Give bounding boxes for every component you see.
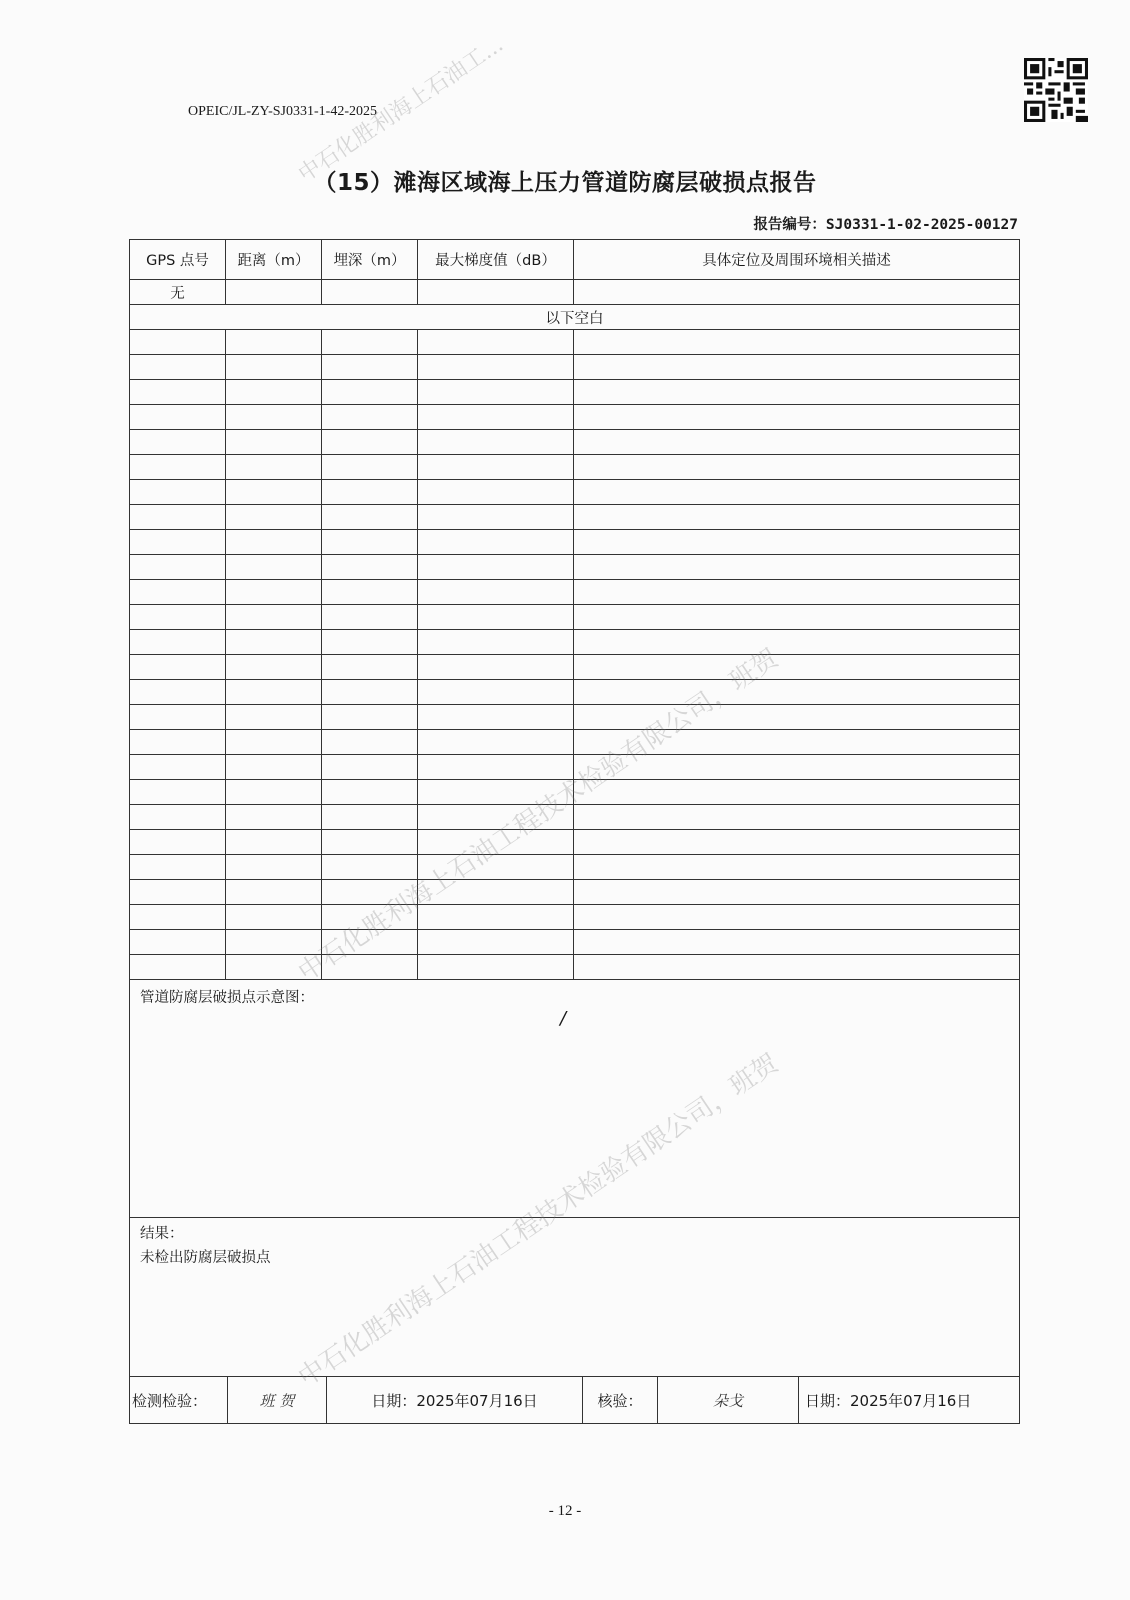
- result-label: 结果：: [140, 1222, 1009, 1246]
- empty-cell: [418, 630, 574, 655]
- empty-table-row: [130, 430, 1020, 455]
- empty-cell: [574, 830, 1020, 855]
- empty-cell: [322, 530, 418, 555]
- empty-cell: [418, 405, 574, 430]
- empty-cell: [226, 805, 322, 830]
- empty-cell: [418, 355, 574, 380]
- empty-table-row: [130, 380, 1020, 405]
- empty-cell: [130, 780, 226, 805]
- empty-cell: [574, 855, 1020, 880]
- empty-cell: [418, 480, 574, 505]
- empty-cell: [418, 530, 574, 555]
- column-header-max-gradient: 最大梯度值（dB）: [418, 240, 574, 280]
- empty-table-row: [130, 830, 1020, 855]
- empty-cell: [418, 755, 574, 780]
- empty-cell: [130, 530, 226, 555]
- empty-cell: [130, 805, 226, 830]
- empty-table-row: [130, 580, 1020, 605]
- empty-table-row: [130, 530, 1020, 555]
- empty-cell: [418, 680, 574, 705]
- column-header-depth: 埋深（m）: [322, 240, 418, 280]
- signoff-table: 检测检验： 班 贺 日期：2025年07月16日 核验： 朵戈 日期：2025年…: [130, 1377, 1019, 1423]
- empty-table-row: [130, 330, 1020, 355]
- empty-cell: [574, 780, 1020, 805]
- empty-cell: [322, 680, 418, 705]
- report-number: 报告编号：SJ0331-1-02-2025-00127: [753, 213, 1018, 234]
- empty-cell: [418, 855, 574, 880]
- empty-cell: [574, 655, 1020, 680]
- empty-cell: [322, 330, 418, 355]
- empty-cell: [322, 630, 418, 655]
- empty-cell: [226, 780, 322, 805]
- empty-cell: [130, 505, 226, 530]
- empty-cell: [130, 430, 226, 455]
- empty-cell: [418, 955, 574, 980]
- empty-cell: [226, 730, 322, 755]
- empty-table-row: [130, 880, 1020, 905]
- empty-cell: [418, 780, 574, 805]
- empty-table-row: [130, 505, 1020, 530]
- empty-table-row: [130, 680, 1020, 705]
- empty-table-row: [130, 630, 1020, 655]
- empty-cell: [418, 330, 574, 355]
- empty-cell: [574, 480, 1020, 505]
- cell-gps: 无: [130, 280, 226, 305]
- cell-max-gradient: [418, 280, 574, 305]
- empty-table-row: [130, 605, 1020, 630]
- result-row: 结果： 未检出防腐层破损点: [130, 1218, 1020, 1377]
- empty-cell: [130, 880, 226, 905]
- empty-cell: [574, 755, 1020, 780]
- table-header-row: GPS 点号 距离（m） 埋深（m） 最大梯度值（dB） 具体定位及周围环境相关…: [130, 240, 1020, 280]
- diagram-area: 管道防腐层破损点示意图： /: [130, 980, 1020, 1218]
- reviewer-date: 日期：2025年07月16日: [799, 1377, 1020, 1423]
- table-row: 无: [130, 280, 1020, 305]
- inspector-signature: 班 贺: [228, 1377, 327, 1423]
- defect-point-table: GPS 点号 距离（m） 埋深（m） 最大梯度值（dB） 具体定位及周围环境相关…: [129, 239, 1020, 1424]
- empty-cell: [574, 605, 1020, 630]
- empty-cell: [226, 380, 322, 405]
- empty-cell: [418, 380, 574, 405]
- document-code: OPEIC/JL-ZY-SJ0331-1-42-2025: [188, 104, 377, 120]
- empty-cell: [226, 855, 322, 880]
- empty-cell: [226, 480, 322, 505]
- empty-table-row: [130, 655, 1020, 680]
- empty-cell: [130, 830, 226, 855]
- empty-cell: [574, 455, 1020, 480]
- empty-cell: [226, 605, 322, 630]
- empty-cell: [130, 905, 226, 930]
- empty-cell: [226, 955, 322, 980]
- empty-cell: [574, 555, 1020, 580]
- diagram-mark: /: [560, 1008, 566, 1029]
- empty-table-row: [130, 730, 1020, 755]
- empty-cell: [226, 880, 322, 905]
- empty-cell: [322, 355, 418, 380]
- diagram-label: 管道防腐层破损点示意图：: [140, 990, 314, 1006]
- empty-cell: [322, 830, 418, 855]
- empty-cell: [418, 880, 574, 905]
- empty-cell: [130, 855, 226, 880]
- empty-table-row: [130, 480, 1020, 505]
- inspector-date: 日期：2025年07月16日: [327, 1377, 583, 1423]
- empty-cell: [226, 355, 322, 380]
- column-header-distance: 距离（m）: [226, 240, 322, 280]
- empty-cell: [130, 405, 226, 430]
- empty-table-row: [130, 355, 1020, 380]
- empty-cell: [226, 630, 322, 655]
- empty-cell: [130, 955, 226, 980]
- cell-distance: [226, 280, 322, 305]
- empty-cell: [226, 330, 322, 355]
- empty-cell: [322, 930, 418, 955]
- empty-cell: [130, 555, 226, 580]
- empty-cell: [574, 630, 1020, 655]
- empty-cell: [130, 580, 226, 605]
- empty-cell: [322, 430, 418, 455]
- empty-cell: [226, 930, 322, 955]
- empty-table-row: [130, 905, 1020, 930]
- result-area: 结果： 未检出防腐层破损点: [130, 1218, 1020, 1377]
- qr-code-icon: [1024, 58, 1088, 122]
- empty-cell: [322, 455, 418, 480]
- empty-table-row: [130, 705, 1020, 730]
- empty-cell: [574, 930, 1020, 955]
- empty-cell: [226, 455, 322, 480]
- column-header-gps: GPS 点号: [130, 240, 226, 280]
- empty-cell: [418, 655, 574, 680]
- report-title: （15）滩海区域海上压力管道防腐层破损点报告: [0, 164, 1130, 197]
- empty-cell: [418, 930, 574, 955]
- empty-cell: [130, 330, 226, 355]
- empty-cell: [322, 580, 418, 605]
- empty-cell: [322, 905, 418, 930]
- empty-cell: [418, 580, 574, 605]
- empty-cell: [226, 405, 322, 430]
- diagram-row: 管道防腐层破损点示意图： /: [130, 980, 1020, 1218]
- empty-table-row: [130, 755, 1020, 780]
- empty-cell: [574, 705, 1020, 730]
- empty-cell: [130, 605, 226, 630]
- inspector-label: 检测检验：: [130, 1377, 228, 1423]
- reviewer-signature: 朵戈: [658, 1377, 799, 1423]
- empty-cell: [322, 855, 418, 880]
- empty-cell: [322, 605, 418, 630]
- empty-cell: [226, 505, 322, 530]
- empty-cell: [418, 505, 574, 530]
- empty-cell: [418, 705, 574, 730]
- empty-cell: [322, 555, 418, 580]
- empty-cell: [130, 630, 226, 655]
- empty-cell: [418, 455, 574, 480]
- empty-cell: [322, 505, 418, 530]
- empty-table-row: [130, 855, 1020, 880]
- page-number: - 12 -: [0, 1503, 1130, 1520]
- empty-cell: [130, 930, 226, 955]
- empty-cell: [418, 430, 574, 455]
- empty-cell: [418, 555, 574, 580]
- reviewer-label: 核验：: [583, 1377, 658, 1423]
- empty-table-row: [130, 455, 1020, 480]
- empty-cell: [130, 705, 226, 730]
- empty-cell: [574, 955, 1020, 980]
- empty-cell: [226, 580, 322, 605]
- result-text: 未检出防腐层破损点: [140, 1246, 1009, 1270]
- empty-cell: [574, 380, 1020, 405]
- empty-cell: [574, 405, 1020, 430]
- column-header-description: 具体定位及周围环境相关描述: [574, 240, 1020, 280]
- empty-cell: [226, 705, 322, 730]
- empty-cell: [130, 730, 226, 755]
- empty-cell: [322, 380, 418, 405]
- blank-note: 以下空白: [130, 305, 1020, 330]
- empty-cell: [574, 805, 1020, 830]
- empty-cell: [322, 780, 418, 805]
- empty-cell: [130, 755, 226, 780]
- empty-cell: [226, 655, 322, 680]
- empty-table-row: [130, 405, 1020, 430]
- empty-cell: [418, 805, 574, 830]
- empty-cell: [574, 905, 1020, 930]
- empty-cell: [574, 330, 1020, 355]
- empty-cell: [226, 530, 322, 555]
- empty-cell: [226, 430, 322, 455]
- empty-cell: [226, 830, 322, 855]
- empty-cell: [322, 480, 418, 505]
- cell-depth: [322, 280, 418, 305]
- empty-cell: [322, 730, 418, 755]
- empty-cell: [226, 755, 322, 780]
- empty-cell: [418, 830, 574, 855]
- empty-cell: [322, 755, 418, 780]
- empty-table-row: [130, 805, 1020, 830]
- empty-cell: [322, 405, 418, 430]
- empty-cell: [130, 655, 226, 680]
- empty-cell: [574, 505, 1020, 530]
- empty-cell: [418, 730, 574, 755]
- empty-table-row: [130, 780, 1020, 805]
- empty-table-row: [130, 955, 1020, 980]
- empty-cell: [574, 355, 1020, 380]
- empty-cell: [226, 905, 322, 930]
- empty-cell: [418, 605, 574, 630]
- empty-cell: [130, 680, 226, 705]
- empty-cell: [322, 655, 418, 680]
- empty-cell: [574, 430, 1020, 455]
- cell-description: [574, 280, 1020, 305]
- empty-cell: [226, 680, 322, 705]
- empty-cell: [574, 880, 1020, 905]
- empty-cell: [130, 355, 226, 380]
- empty-cell: [322, 705, 418, 730]
- empty-table-row: [130, 555, 1020, 580]
- empty-cell: [322, 805, 418, 830]
- empty-cell: [574, 730, 1020, 755]
- empty-cell: [574, 530, 1020, 555]
- empty-cell: [130, 480, 226, 505]
- empty-cell: [322, 955, 418, 980]
- empty-cell: [574, 680, 1020, 705]
- blank-note-row: 以下空白: [130, 305, 1020, 330]
- empty-cell: [574, 580, 1020, 605]
- empty-cell: [226, 555, 322, 580]
- signoff-row: 检测检验： 班 贺 日期：2025年07月16日 核验： 朵戈 日期：2025年…: [130, 1377, 1020, 1424]
- empty-cell: [322, 880, 418, 905]
- empty-table-row: [130, 930, 1020, 955]
- empty-cell: [130, 455, 226, 480]
- empty-cell: [130, 380, 226, 405]
- empty-cell: [418, 905, 574, 930]
